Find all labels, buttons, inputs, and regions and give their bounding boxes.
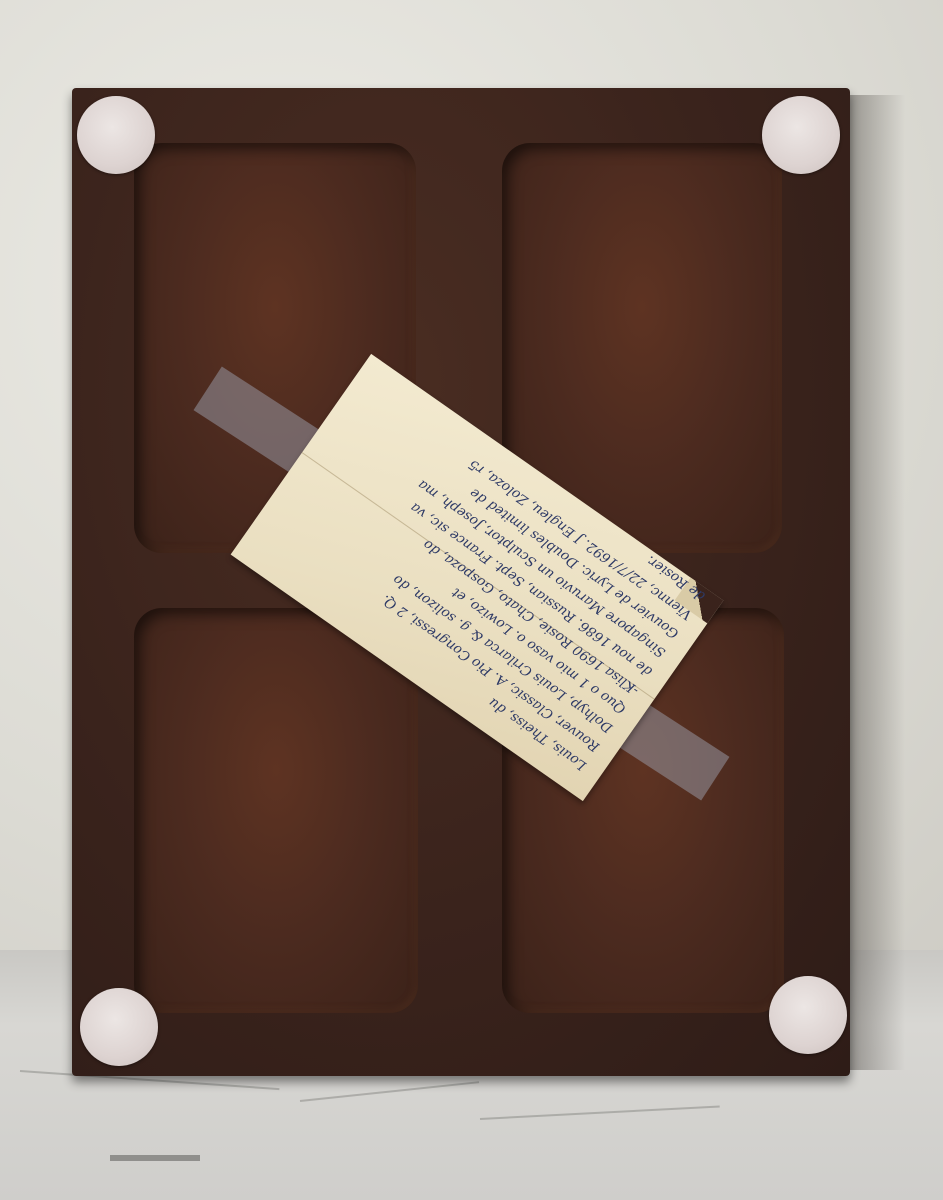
felt-pad-bottom-right — [769, 976, 847, 1054]
plate-shadow — [845, 95, 905, 1070]
felt-pad-top-right — [762, 96, 840, 174]
panel-bottom-left — [134, 608, 418, 1013]
felt-pad-top-left — [77, 96, 155, 174]
felt-pad-bottom-left — [80, 988, 158, 1066]
